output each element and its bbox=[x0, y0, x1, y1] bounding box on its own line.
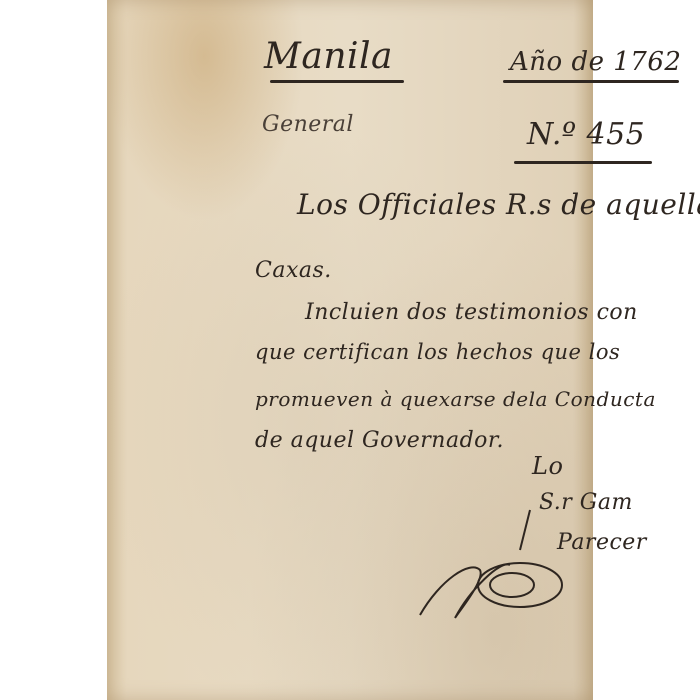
signature-flourish-icon bbox=[400, 500, 580, 630]
signature-line-1: Lo bbox=[532, 452, 563, 480]
body-line-5: promueven à quexarse dela Conducta bbox=[255, 387, 656, 411]
body-line-6: de aquel Governador. bbox=[255, 428, 504, 453]
body-line-4: que certifican los hechos que los bbox=[255, 340, 620, 364]
body-line-3: Incluien dos testimonios con bbox=[305, 300, 638, 325]
place-underline bbox=[270, 80, 404, 83]
number-underline bbox=[514, 161, 652, 164]
body-line-1: Los Officiales R.s de aquellas bbox=[297, 188, 700, 221]
section-label: General bbox=[262, 112, 354, 137]
body-line-2: Caxas. bbox=[255, 258, 332, 283]
year-heading: Año de 1762 bbox=[510, 47, 681, 77]
place-heading: Manila bbox=[264, 36, 393, 77]
year-underline bbox=[503, 80, 679, 83]
document-number: N.º 455 bbox=[527, 117, 645, 152]
